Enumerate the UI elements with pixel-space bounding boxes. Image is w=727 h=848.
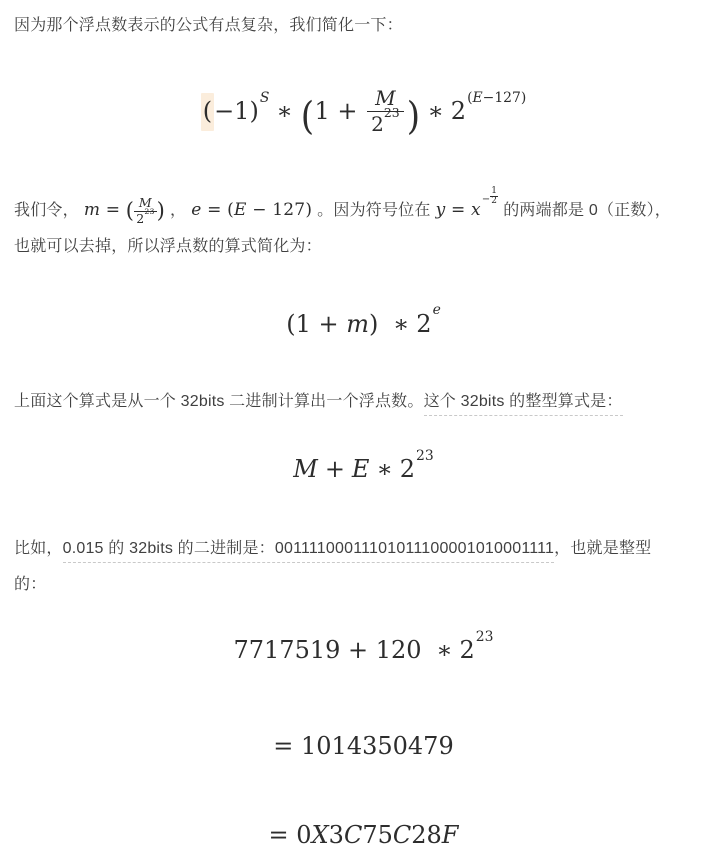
formula-decimal-result: = 1014350479 [14,731,713,762]
exponent-e: e [433,302,441,318]
article-content: 因为那个浮点数表示的公式有点复杂，我们简化一下： (−1)S∗(1 + M223… [14,8,713,848]
math-term: 28 [411,821,442,848]
paragraph-example: 比如，0.015 的 32bits 的二进制是：0011110001110101… [14,531,713,603]
math-term: 2 [371,112,384,136]
math-term: ) [369,310,386,338]
math-variable: E [473,90,483,106]
exponent-23: 23 [384,105,400,120]
equals-sign: = [202,200,228,220]
math-expression: M+E∗223 [293,455,434,483]
fraction-one-half: 12 [490,187,498,207]
minus-sign: − [482,194,490,205]
equals-sign: = [269,821,297,848]
formula-example-int: 7717519 + 120 ∗223 [14,635,713,666]
paragraph-int-formula-intro: 上面这个算式是从一个 32bits 二进制计算出一个浮点数。这个 32bits … [14,384,713,420]
text-run: 也就可以去掉，所以浮点数的算式简化为： [14,238,322,255]
math-expression: = 1014350479 [273,732,453,760]
text-run: 我们令， [14,202,79,219]
exponent-neg-half: −12 [482,194,498,205]
fraction-denominator: 223 [367,112,404,136]
math-term: ( [227,200,234,220]
math-term: 0 [296,821,311,848]
math-variable: x [471,200,481,220]
multiply-operator: ∗ [376,455,392,483]
math-term: ) [249,97,258,125]
exponent-23: 23 [476,629,494,645]
paragraph-substitution: 我们令，m = (M223)，e = (E − 127)。因为符号位在y = x… [14,192,713,265]
formula-hex-result: = 0X3C75C28F [14,820,713,848]
find-highlight: ( [201,93,214,131]
equals-sign: = [445,200,471,220]
fraction-M-over-2pow23: M223 [134,196,156,226]
math-term: 3 [329,821,344,848]
math-variable: F [442,821,459,848]
fraction-M-over-2pow23: M223 [367,87,404,136]
math-term: 2 [451,97,466,125]
math-term: − 127) [247,200,313,220]
right-paren: ) [406,78,419,154]
exponent-S: S [260,90,270,106]
multiply-operator: ∗ [436,636,452,664]
text-run: 上面这个算式是从一个 32bits 二进制计算出一个浮点数。 [14,393,424,410]
math-variable: E [352,455,370,483]
equals-sign: = [100,200,126,220]
math-term: 1 + [315,97,366,125]
math-expression: = 0X3C75C28F [269,821,459,848]
math-variable: m [346,310,369,338]
inline-math-m: m = (M223) [84,200,165,220]
left-paren: ( [126,199,134,223]
text-run: 的两端都是 0（正数）， [503,202,671,219]
plus-operator: + [325,455,345,483]
math-variable: e [191,200,201,220]
math-expression: (1 + m) ∗2e [286,310,441,338]
math-variable: C [393,821,411,848]
left-paren: ( [300,78,313,154]
multiply-operator: ∗ [427,97,443,125]
text-run: 因为那个浮点数表示的公式有点复杂，我们简化一下： [14,17,403,34]
math-term: 2 [460,636,475,664]
paragraph-intro: 因为那个浮点数表示的公式有点复杂，我们简化一下： [14,8,713,44]
math-variable: X [312,821,329,848]
math-term: (1 + [286,310,346,338]
math-term: 2 [400,455,415,483]
right-paren: ) [157,199,165,223]
text-run: ，也就是整型 [554,540,651,557]
text-run: ， [170,202,186,219]
underlined-text: 这个 32bits 的整型算式是： [424,393,623,416]
math-term: 75 [362,821,393,848]
underlined-text: 0.015 的 32bits 的二进制是：0011110001110101110… [63,540,555,563]
math-variable: M [293,455,318,483]
math-expression: (−1)S∗(1 + M223)∗2(E−127) [201,97,527,125]
text-run: 的： [14,576,46,593]
inline-math-y: y = x−12 [436,200,499,220]
multiply-operator: ∗ [393,310,409,338]
math-variable: y [436,200,446,220]
formula-integer: M+E∗223 [14,454,713,485]
math-variable: E [234,200,247,220]
math-expression: 7717519 + 120 ∗223 [234,636,494,664]
exponent-E-minus-127: (E−127) [467,90,526,106]
inline-math-e: e = (E − 127) [191,200,312,220]
fraction-denominator: 223 [134,212,156,226]
multiply-operator: ∗ [276,97,292,125]
text-run: 。因为符号位在 [317,202,430,219]
fraction-denominator: 2 [490,197,498,206]
math-variable: C [344,821,362,848]
exponent-23: 23 [144,207,154,216]
text-run: 比如， [14,540,63,557]
formula-float-representation: (−1)S∗(1 + M223)∗2(E−127) [14,78,713,154]
math-term: −1 [214,97,249,125]
math-variable: m [84,200,100,220]
math-term: −127) [483,90,527,106]
math-term: 7717519 + 120 [234,636,430,664]
math-term: 2 [416,310,431,338]
formula-simplified: (1 + m) ∗2e [14,309,713,340]
exponent-23: 23 [416,448,434,464]
